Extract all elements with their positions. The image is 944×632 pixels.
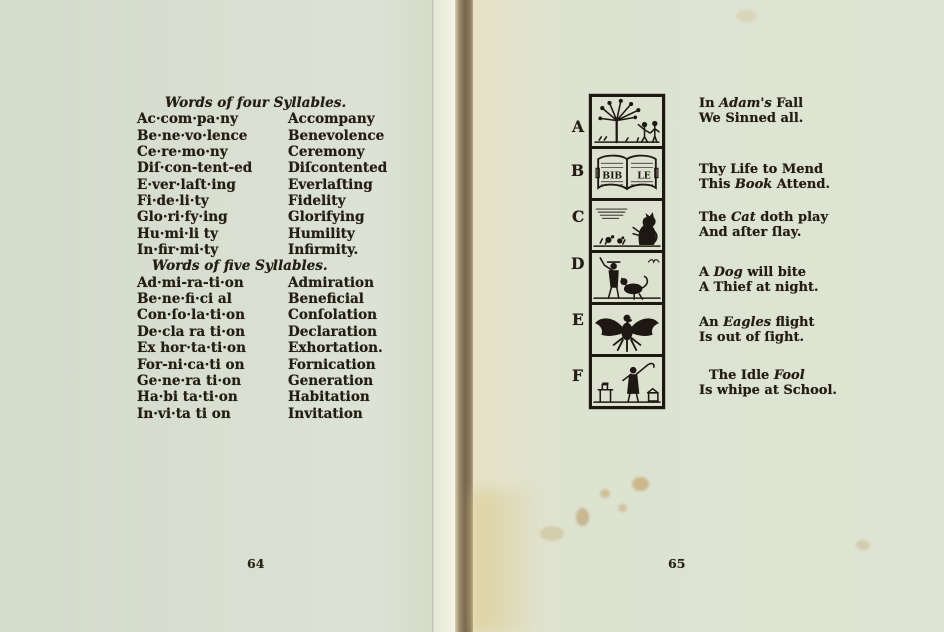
stain bbox=[576, 508, 589, 526]
rhyme-line: A Thief at night. bbox=[699, 280, 889, 295]
word-row: Ha·bi ta·ti·onHabitation bbox=[137, 389, 389, 405]
word-row: In·vi·ta ti onInvitation bbox=[137, 406, 389, 422]
word-row: For-ni·ca·ti onFornication bbox=[137, 357, 389, 373]
syllabified-word: Hu·mi·li ty bbox=[137, 226, 288, 242]
syllabified-word: Ge·ne·ra ti·on bbox=[137, 373, 288, 389]
rhyme-a: In Adam's Fall We Sinned all. bbox=[699, 96, 889, 126]
syllabified-word: Diſ·con-tent-ed bbox=[137, 160, 288, 176]
rhyme-line: This Book Attend. bbox=[699, 177, 889, 192]
whole-word: Generation bbox=[288, 373, 389, 389]
word-row: In·fir·mi·tyInfirmity. bbox=[137, 242, 389, 258]
syllable-word-lists: Words of four Syllables. Ac·com·pa·nyAcc… bbox=[137, 95, 389, 422]
whole-word: Benevolence bbox=[288, 128, 389, 144]
whole-word: Invitation bbox=[288, 406, 389, 422]
rhyme-line: The Cat doth play bbox=[699, 210, 889, 225]
rhyme-b: Thy Life to Mend This Book Attend. bbox=[699, 162, 889, 192]
whole-word: Humility bbox=[288, 226, 389, 242]
word-row: Be·ne·fi·ci alBeneficial bbox=[137, 291, 389, 307]
alphabet-woodcut-column: BIB LE bbox=[589, 94, 665, 409]
alphabet-letter-c: C bbox=[572, 207, 584, 226]
stain bbox=[600, 489, 610, 498]
syllabified-word: For-ni·ca·ti on bbox=[137, 357, 288, 373]
stain bbox=[632, 477, 649, 491]
whole-word: Fornication bbox=[288, 357, 389, 373]
word-row: De·cla ra ti·onDeclaration bbox=[137, 324, 389, 340]
syllabified-word: Ad·mi-ra-ti·on bbox=[137, 275, 288, 291]
adam-and-eve-woodcut bbox=[592, 97, 662, 149]
page-number-left: 64 bbox=[247, 556, 264, 571]
word-row: Be·ne·vo·lenceBenevolence bbox=[137, 128, 389, 144]
idle-fool-woodcut bbox=[592, 357, 662, 406]
book-gutter-shadow bbox=[455, 0, 473, 632]
cat-at-play-woodcut bbox=[592, 201, 662, 253]
word-row: E·ver·laſt·ingEverlaſting bbox=[137, 177, 389, 193]
syllabified-word: Glo·ri·fy·ing bbox=[137, 209, 288, 225]
syllabified-word: Ac·com·pa·ny bbox=[137, 111, 288, 127]
rhyme-line: The Idle Fool bbox=[709, 368, 889, 383]
syllabified-word: Ce·re·mo·ny bbox=[137, 144, 288, 160]
whole-word: Glorifying bbox=[288, 209, 389, 225]
page-edge bbox=[432, 0, 455, 632]
whole-word: Conſolation bbox=[288, 307, 389, 323]
alphabet-letter-d: D bbox=[571, 254, 584, 273]
syllabified-word: Fi·de·li·ty bbox=[137, 193, 288, 209]
whole-word: Habitation bbox=[288, 389, 389, 405]
rhyme-f: The Idle Fool Is whipe at School. bbox=[699, 368, 889, 398]
syllabified-word: Ex hor·ta·ti·on bbox=[137, 340, 288, 356]
word-row: Fi·de·li·tyFidelity bbox=[137, 193, 389, 209]
section-title-four-syllables: Words of four Syllables. bbox=[165, 95, 389, 111]
whole-word: Infirmity. bbox=[288, 242, 389, 258]
stain bbox=[473, 490, 543, 632]
syllabified-word: In·fir·mi·ty bbox=[137, 242, 288, 258]
whole-word: Everlaſting bbox=[288, 177, 389, 193]
alphabet-letter-a: A bbox=[572, 117, 584, 136]
syllabified-word: De·cla ra ti·on bbox=[137, 324, 288, 340]
stain bbox=[856, 540, 870, 550]
alphabet-letter-f: F bbox=[572, 366, 583, 385]
whole-word: Beneficial bbox=[288, 291, 389, 307]
rhyme-line: Is out of ſight. bbox=[699, 330, 889, 345]
word-row: Ge·ne·ra ti·onGeneration bbox=[137, 373, 389, 389]
syllabified-word: Be·ne·fi·ci al bbox=[137, 291, 288, 307]
whole-word: Exhortation. bbox=[288, 340, 389, 356]
syllabified-word: Ha·bi ta·ti·on bbox=[137, 389, 288, 405]
rhyme-c: The Cat doth play And aſter ſlay. bbox=[699, 210, 889, 240]
alphabet-letter-e: E bbox=[572, 310, 584, 329]
rhyme-line: Is whipe at School. bbox=[699, 383, 889, 398]
rhyme-line: An Eagles flight bbox=[699, 315, 889, 330]
bible-text-left: BIB bbox=[602, 171, 622, 182]
book-photo: { "colors":{"ink":"#241d13","page_left":… bbox=[0, 0, 944, 632]
whole-word: Fidelity bbox=[288, 193, 389, 209]
dog-and-thief-woodcut bbox=[592, 253, 662, 305]
rhyme-line: A Dog will bite bbox=[699, 265, 889, 280]
syllabified-word: Con·ſo·la·ti·on bbox=[137, 307, 288, 323]
page-number-right: 65 bbox=[668, 556, 685, 571]
rhyme-line: We Sinned all. bbox=[699, 111, 889, 126]
eagle-woodcut bbox=[592, 305, 662, 357]
rhyme-line: And aſter ſlay. bbox=[699, 225, 889, 240]
syllabified-word: E·ver·laſt·ing bbox=[137, 177, 288, 193]
word-row: Hu·mi·li tyHumility bbox=[137, 226, 389, 242]
whole-word: Diſcontented bbox=[288, 160, 389, 176]
rhyme-e: An Eagles flight Is out of ſight. bbox=[699, 315, 889, 345]
whole-word: Admiration bbox=[288, 275, 389, 291]
stain bbox=[736, 10, 756, 22]
word-row: Ad·mi-ra-ti·onAdmiration bbox=[137, 275, 389, 291]
stain bbox=[540, 526, 564, 541]
section-title-five-syllables: Words of five Syllables. bbox=[152, 258, 389, 274]
whole-word: Declaration bbox=[288, 324, 389, 340]
syllabified-word: In·vi·ta ti on bbox=[137, 406, 288, 422]
word-row: Glo·ri·fy·ingGlorifying bbox=[137, 209, 389, 225]
alphabet-letter-b: B bbox=[571, 161, 584, 180]
whole-word: Accompany bbox=[288, 111, 389, 127]
word-row: Ex hor·ta·ti·onExhortation. bbox=[137, 340, 389, 356]
word-row: Con·ſo·la·ti·onConſolation bbox=[137, 307, 389, 323]
rhyme-d: A Dog will bite A Thief at night. bbox=[699, 265, 889, 295]
stain bbox=[618, 504, 627, 512]
whole-word: Ceremony bbox=[288, 144, 389, 160]
syllabified-word: Be·ne·vo·lence bbox=[137, 128, 288, 144]
word-row: Diſ·con-tent-edDiſcontented bbox=[137, 160, 389, 176]
rhyme-line: Thy Life to Mend bbox=[699, 162, 889, 177]
rhyme-line: In Adam's Fall bbox=[699, 96, 889, 111]
word-row: Ac·com·pa·nyAccompany bbox=[137, 111, 389, 127]
bible-woodcut: BIB LE bbox=[592, 149, 662, 201]
word-row: Ce·re·mo·nyCeremony bbox=[137, 144, 389, 160]
bible-text-right: LE bbox=[637, 171, 651, 182]
